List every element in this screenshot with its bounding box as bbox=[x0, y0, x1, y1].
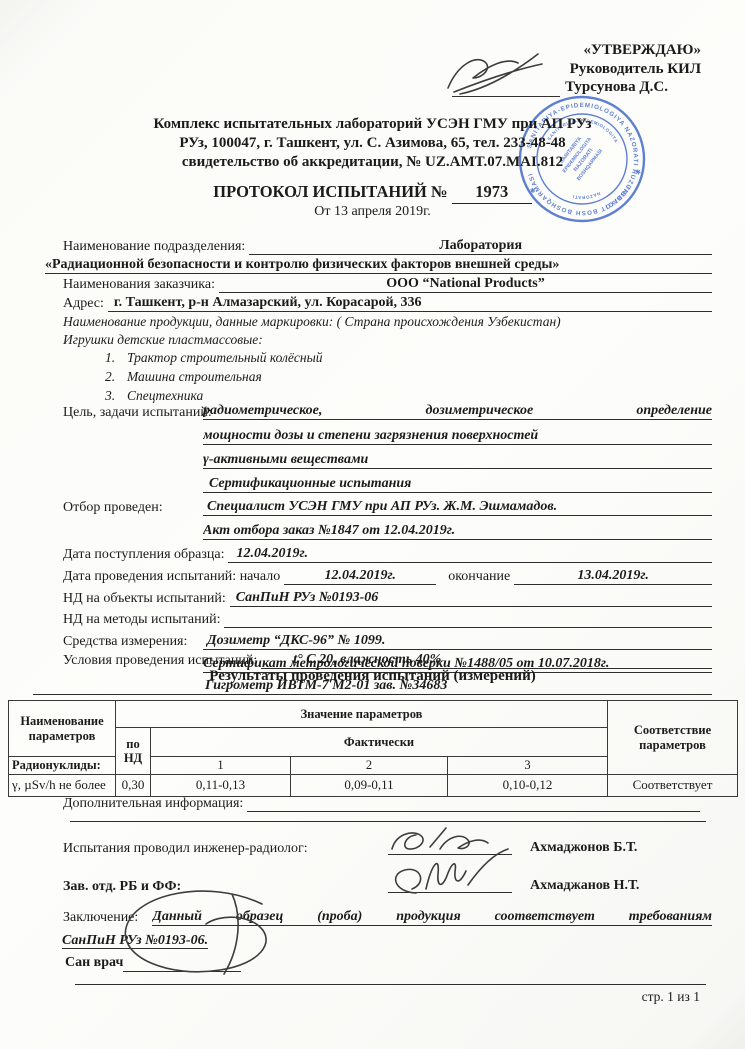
field-address-label: Адрес: bbox=[63, 296, 108, 312]
field-customer-label: Наименования заказчика: bbox=[63, 277, 219, 293]
purpose-line: γ-активными веществами bbox=[203, 452, 712, 469]
product-group: Игрушки детские пластмассовые: bbox=[63, 332, 712, 348]
blank-rule-line bbox=[70, 821, 706, 822]
field-division-label: Наименование подразделения: bbox=[63, 239, 249, 255]
field-conditions-value: t° C 20, влажность 40% bbox=[261, 652, 712, 669]
field-division-value: Лаборатория bbox=[249, 238, 712, 255]
field-purpose-label: Цель, задачи испытаний: bbox=[63, 405, 216, 421]
org-name-line: Комплекс испытательных лабораторий УСЭН … bbox=[40, 116, 705, 133]
protocol-title: ПРОТОКОЛ ИСПЫТАНИЙ № 1973 bbox=[40, 182, 705, 204]
product-item-number: 2. bbox=[105, 369, 127, 385]
field-address-value: г. Ташкент, р-н Алмазарский, ул. Корасар… bbox=[108, 295, 712, 312]
col-actual: Фактически bbox=[151, 728, 608, 757]
field-division-value2: «Радиационной безопасности и контролю фи… bbox=[45, 257, 712, 274]
field-nd-objects: НД на объекты испытаний: СанПиН РУз №019… bbox=[63, 590, 712, 607]
page-number-note: стр. 1 из 1 bbox=[642, 989, 700, 1005]
engineer-name: Ахмаджонов Б.Т. bbox=[530, 840, 637, 856]
field-division-line2: «Радиационной безопасности и контролю фи… bbox=[45, 257, 712, 274]
product-item-text: Машина строительная bbox=[127, 369, 262, 384]
field-testdate-end: 13.04.2019г. bbox=[514, 568, 712, 585]
field-division: Наименование подразделения: Лаборатория bbox=[63, 238, 712, 255]
purpose-line: радиометрическое, дозиметрическое опреде… bbox=[203, 403, 712, 420]
signature-row-engineer: Испытания проводил инженер-радиолог: Ахм… bbox=[0, 838, 745, 857]
field-address: Адрес: г. Ташкент, р-н Алмазарский, ул. … bbox=[63, 295, 712, 312]
cell-value-1: 0,11-0,13 bbox=[151, 775, 291, 797]
col-param-name: Наименование параметров bbox=[9, 701, 116, 757]
head-signature-ink bbox=[380, 847, 530, 909]
product-marking-note: Наименование продукции, данные маркировк… bbox=[63, 314, 712, 330]
cell-value-3: 0,10-0,12 bbox=[448, 775, 608, 797]
product-item: 3.Спецтехника bbox=[105, 388, 712, 404]
col-sample-3: 3 bbox=[448, 757, 608, 775]
field-receipt-value: 12.04.2019г. bbox=[228, 546, 712, 563]
protocol-title-text: ПРОТОКОЛ ИСПЫТАНИЙ № bbox=[213, 182, 447, 201]
product-item: 1.Трактор строительный колёсный bbox=[105, 350, 712, 366]
field-customer-value: ООО “National Products” bbox=[219, 276, 712, 293]
cell-param-name: γ, µSv/h не более bbox=[9, 775, 116, 797]
field-ndmet-label: НД на методы испытаний: bbox=[63, 612, 224, 628]
field-nd-methods: НД на методы испытаний: bbox=[63, 612, 712, 628]
field-conditions-label: Условия проведения испытаний: bbox=[63, 653, 261, 669]
field-testdate-start: 12.04.2019г. bbox=[284, 568, 436, 585]
col-conformity: Соответствие параметров bbox=[608, 701, 738, 775]
footer-rule-line bbox=[75, 984, 706, 985]
results-title: Результаты проведения испытаний (измерен… bbox=[40, 668, 705, 685]
field-instruments-label: Средства измерения: bbox=[63, 634, 191, 650]
cell-value-2: 0,09-0,11 bbox=[291, 775, 448, 797]
field-sampling-label: Отбор проведен: bbox=[63, 500, 167, 516]
instrument-line: Дозиметр “ДКС-96” № 1099. bbox=[203, 633, 712, 650]
field-conditions: Условия проведения испытаний: t° C 20, в… bbox=[63, 652, 712, 669]
cell-conformity: Соответствует bbox=[608, 775, 738, 797]
approval-role: Руководитель КИЛ bbox=[570, 61, 701, 78]
org-accreditation-line: свидетельство об аккредитации, № UZ.AMT.… bbox=[40, 154, 705, 171]
product-item-text: Трактор строительный колёсный bbox=[127, 350, 323, 365]
col-sample-1: 1 bbox=[151, 757, 291, 775]
head-name: Ахмаджанов Н.Т. bbox=[530, 878, 639, 894]
field-additional-info: Дополнительная информация: bbox=[63, 796, 700, 812]
field-addinfo-value-empty bbox=[247, 811, 700, 812]
field-test-dates: Дата проведения испытаний: начало 12.04.… bbox=[63, 568, 712, 585]
field-testdate-label: Дата проведения испытаний: начало bbox=[63, 569, 284, 585]
san-doctor-signature-ink bbox=[112, 882, 282, 990]
purpose-line: Сертификационные испытания bbox=[203, 476, 712, 493]
col-param-value: Значение параметров bbox=[116, 701, 608, 728]
field-ndmet-value-empty bbox=[224, 627, 712, 628]
approver-signature-ink bbox=[438, 48, 556, 100]
engineer-label: Испытания проводил инженер-радиолог: bbox=[63, 841, 308, 857]
scanned-protocol-document: «УТВЕРЖДАЮ» Руководитель КИЛ Турсунова Д… bbox=[0, 0, 745, 1049]
sampling-line: Специалист УСЭН ГМУ при АП РУз. Ж.М. Эшм… bbox=[203, 499, 712, 516]
table-row: γ, µSv/h не более 0,30 0,11-0,13 0,09-0,… bbox=[9, 775, 738, 797]
product-item-number: 3. bbox=[105, 388, 127, 404]
results-table: Наименование параметров Значение парамет… bbox=[8, 700, 738, 797]
field-ndobj-label: НД на объекты испытаний: bbox=[63, 591, 230, 607]
sampling-line: Акт отбора заказ №1847 от 12.04.2019г. bbox=[203, 523, 712, 540]
field-receipt-date: Дата поступления образца: 12.04.2019г. bbox=[63, 546, 712, 563]
row-group-radionuclides: Радионуклиды: bbox=[9, 757, 116, 775]
field-ndobj-value: СанПиН РУз №0193-06 bbox=[230, 590, 712, 607]
org-address-line: РУз, 100047, г. Ташкент, ул. С. Азимова,… bbox=[40, 135, 705, 152]
product-item: 2.Машина строительная bbox=[105, 369, 712, 385]
col-sample-2: 2 bbox=[291, 757, 448, 775]
protocol-date: От 13 апреля 2019г. bbox=[40, 204, 705, 220]
col-by-nd: по НД bbox=[116, 728, 151, 775]
product-item-number: 1. bbox=[105, 350, 127, 366]
field-testdate-end-label: окончание bbox=[436, 569, 514, 585]
field-customer: Наименования заказчика: ООО “National Pr… bbox=[63, 276, 712, 293]
field-receipt-label: Дата поступления образца: bbox=[63, 547, 228, 563]
cell-nd-limit: 0,30 bbox=[116, 775, 151, 797]
approval-quote: «УТВЕРЖДАЮ» bbox=[583, 42, 701, 59]
product-item-text: Спецтехника bbox=[127, 388, 203, 403]
purpose-line: мощности дозы и степени загрязнения пове… bbox=[203, 428, 712, 445]
protocol-number: 1973 bbox=[452, 182, 532, 204]
field-addinfo-label: Дополнительная информация: bbox=[63, 796, 247, 812]
